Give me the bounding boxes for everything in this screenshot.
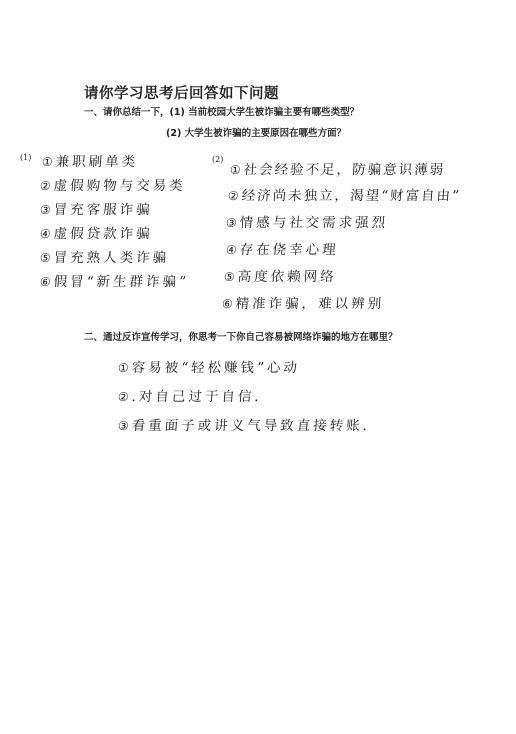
answer-3-item: ①容易被“轻松赚钱”心动 (117, 356, 300, 376)
item-number: ③ (117, 419, 129, 433)
item-number: ⑥ (39, 275, 51, 289)
item-text: 容易被“轻松赚钱”心动 (131, 360, 300, 376)
item-text: 冒充客服诈骗 (53, 202, 153, 218)
answer-1-item: ⑤冒充熟人类诈骗 (39, 246, 170, 266)
item-text: 冒充熟人类诈骗 (53, 250, 170, 266)
question-2: 二、通过反诈宣传学习，你思考一下你自己容易被网络诈骗的地方在哪里？ (84, 329, 398, 343)
answer-2-item: ①社会经验不足，防骗意识薄弱 (229, 158, 446, 178)
item-text: 假冒“新生群诈骗” (53, 274, 189, 290)
answer-2-item: ⑥精准诈骗，难以辨别 (221, 292, 385, 312)
answer-1-item: ①兼职刷单类 (41, 150, 139, 170)
answer-2-item: ③情感与社交需求强烈 (225, 211, 389, 231)
item-text: .对自己过于自信. (131, 389, 262, 405)
item-number: ② (227, 189, 239, 203)
item-text: 社会经验不足，防骗意识薄弱 (243, 162, 446, 178)
answer-1-item: ③冒充客服诈骗 (39, 198, 153, 218)
answer-3-item: ②.对自己过于自信. (117, 385, 262, 405)
answer-1-item: ⑥假冒“新生群诈骗” (39, 270, 189, 290)
item-text: 虚假贷款诈骗 (53, 226, 153, 242)
answer-1-marker: (1) (20, 153, 31, 162)
item-number: ⑤ (39, 251, 51, 265)
item-number: ② (39, 179, 51, 193)
item-text: 经济尚未独立，渴望“财富自由” (241, 188, 461, 204)
document-page: 请你学习思考后回答如下问题 一、请你总结一下，(1) 当前校园大学生被诈骗主要有… (0, 0, 516, 734)
answer-2-item: ②经济尚未独立，渴望“财富自由” (227, 184, 461, 204)
answer-3-item: ③看重面子或讲义气导致直接转账. (117, 414, 370, 434)
item-text: 看重面子或讲义气导致直接转账. (131, 418, 370, 434)
answer-2-item: ⑤高度依赖网络 (223, 265, 337, 285)
answer-1-item: ②虚假购物与交易类 (39, 174, 186, 194)
item-number: ② (117, 390, 129, 404)
item-number: ① (117, 361, 129, 375)
answer-2-marker: (2) (212, 155, 223, 164)
answer-2-item: ④存在侥幸心理 (225, 238, 339, 258)
answer-1-item: ④虚假贷款诈骗 (39, 222, 153, 242)
question-1-part-1: 一、请你总结一下，(1) 当前校园大学生被诈骗主要有哪些类型？ (84, 104, 359, 118)
item-text: 兼职刷单类 (55, 154, 139, 170)
item-number: ① (229, 163, 241, 177)
item-text: 情感与社交需求强烈 (239, 215, 389, 231)
item-text: 高度依赖网络 (237, 269, 337, 285)
item-number: ③ (225, 216, 237, 230)
question-1-part-2: (2) 大学生被诈骗的主要原因在哪些方面？ (166, 125, 346, 139)
item-number: ⑥ (221, 297, 233, 311)
item-number: ③ (39, 203, 51, 217)
item-number: ④ (225, 243, 237, 257)
item-text: 精准诈骗，难以辨别 (235, 296, 385, 312)
item-number: ① (41, 155, 53, 169)
item-text: 虚假购物与交易类 (53, 178, 186, 194)
item-text: 存在侥幸心理 (239, 242, 339, 258)
item-number: ④ (39, 227, 51, 241)
page-title: 请你学习思考后回答如下问题 (84, 82, 279, 103)
item-number: ⑤ (223, 270, 235, 284)
